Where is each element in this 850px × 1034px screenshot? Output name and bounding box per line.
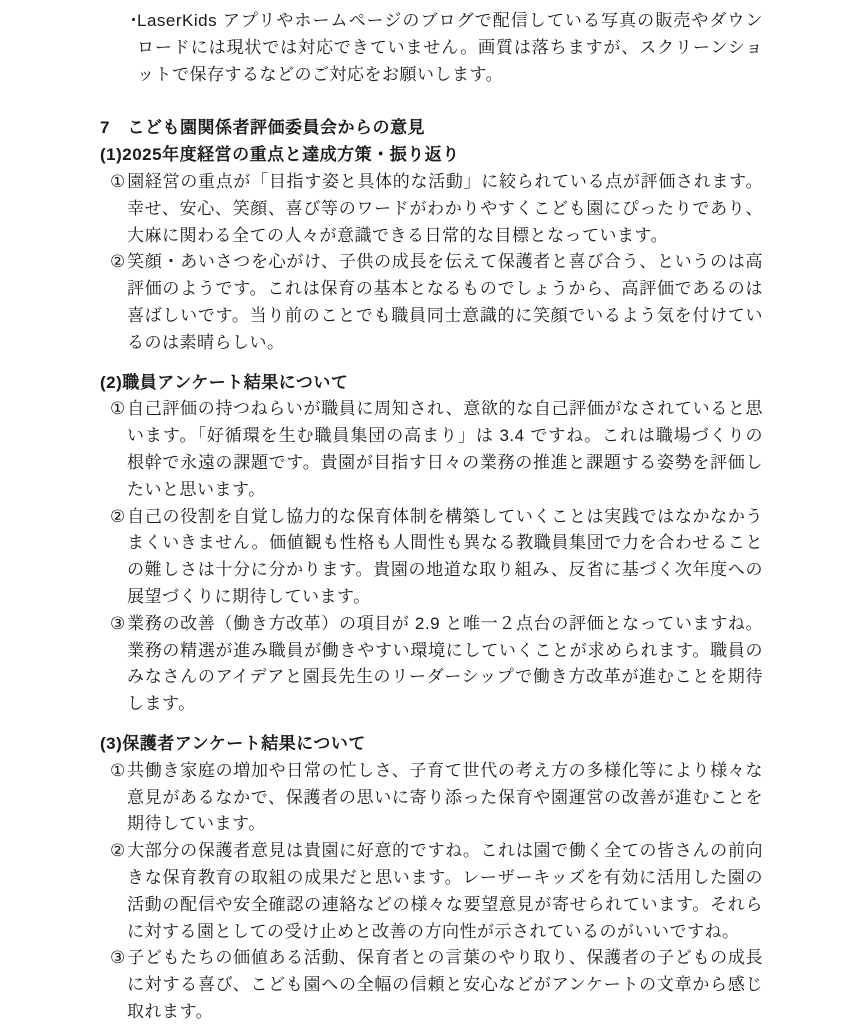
item-text: 自己評価の持つねらいが職員に周知され、意欲的な自己評価がなされていると思います。…	[127, 399, 763, 498]
item-marker: ②	[110, 504, 127, 531]
intro-bullet-note: ・LaserKids アプリやホームページのブログで配信している写真の販売やダウ…	[125, 8, 763, 88]
item-marker: ③	[110, 945, 127, 972]
bullet-marker: ・	[125, 8, 137, 35]
list-item: ③業務の改善（働き方改革）の項目が 2.9 と唯一２点台の評価となっていますね。…	[110, 611, 763, 718]
list-item: ③子どもたちの価値ある活動、保育者との言葉のやり取り、保護者の子どもの成長に対す…	[110, 945, 763, 1025]
item-marker: ③	[110, 611, 127, 638]
item-text: 共働き家庭の増加や日常の忙しさ、子育て世代の考え方の多様化等により様々な意見があ…	[127, 761, 763, 834]
item-text: 園経営の重点が「目指す姿と具体的な活動」に絞られている点が評価されます。幸せ、安…	[127, 172, 763, 245]
section-2-heading: (2)職員アンケート結果について	[100, 370, 763, 397]
item-text: 子どもたちの価値ある活動、保育者との言葉のやり取り、保護者の子どもの成長に対する…	[127, 948, 763, 1021]
item-marker: ①	[110, 396, 127, 423]
list-item: ①自己評価の持つねらいが職員に周知され、意欲的な自己評価がなされていると思います…	[110, 396, 763, 503]
section-3-heading: (3)保護者アンケート結果について	[100, 731, 763, 758]
list-item: ①園経営の重点が「目指す姿と具体的な活動」に絞られている点が評価されます。幸せ、…	[110, 169, 763, 249]
list-item: ①共働き家庭の増加や日常の忙しさ、子育て世代の考え方の多様化等により様々な意見が…	[110, 758, 763, 838]
section-2: (2)職員アンケート結果について ①自己評価の持つねらいが職員に周知され、意欲的…	[100, 370, 763, 718]
item-marker: ①	[110, 169, 127, 196]
intro-bullet-text: LaserKids アプリやホームページのブログで配信している写真の販売やダウン…	[137, 11, 763, 84]
item-text: 業務の改善（働き方改革）の項目が 2.9 と唯一２点台の評価となっていますね。業…	[127, 614, 763, 713]
item-text: 笑顔・あいさつを心がけ、子供の成長を伝えて保護者と喜び合う、というのは高評価のよ…	[127, 252, 763, 351]
section-1-heading: (1)2025年度経営の重点と達成方策・振り返り	[100, 142, 763, 169]
item-marker: ②	[110, 838, 127, 865]
item-text: 自己の役割を自覚し協力的な保育体制を構築していくことは実践ではなかなかうまくいき…	[127, 507, 763, 606]
list-item: ②大部分の保護者意見は貴園に好意的ですね。これは園で働く全ての皆さんの前向きな保…	[110, 838, 763, 945]
section-3: (3)保護者アンケート結果について ①共働き家庭の増加や日常の忙しさ、子育て世代…	[100, 731, 763, 1026]
item-marker: ②	[110, 249, 127, 276]
item-text: 大部分の保護者意見は貴園に好意的ですね。これは園で働く全ての皆さんの前向きな保育…	[127, 841, 763, 940]
main-heading: 7 こども園関係者評価委員会からの意見	[100, 115, 763, 142]
item-marker: ①	[110, 758, 127, 785]
list-item: ②笑顔・あいさつを心がけ、子供の成長を伝えて保護者と喜び合う、というのは高評価の…	[110, 249, 763, 356]
list-item: ②自己の役割を自覚し協力的な保育体制を構築していくことは実践ではなかなかうまくい…	[110, 504, 763, 611]
document-page: ・LaserKids アプリやホームページのブログで配信している写真の販売やダウ…	[0, 0, 850, 1026]
section-1: (1)2025年度経営の重点と達成方策・振り返り ①園経営の重点が「目指す姿と具…	[100, 142, 763, 356]
